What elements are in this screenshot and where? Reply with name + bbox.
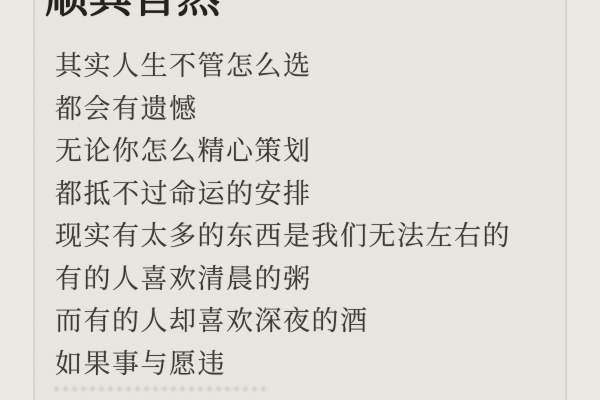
text-line: 都抵不过命运的安排 — [55, 173, 565, 216]
page-title: 顺其自然 — [45, 0, 221, 22]
text-line: 无论你怎么精心策划 — [55, 130, 565, 173]
left-margin-strip — [0, 0, 33, 400]
quote-page: 顺其自然 其实人生不管怎么选 都会有遗憾 无论你怎么精心策划 都抵不过命运的安排… — [0, 0, 600, 400]
text-line: 都会有遗憾 — [55, 88, 565, 131]
right-page-edge-line — [565, 0, 567, 400]
text-line: 其实人生不管怎么选 — [55, 45, 565, 88]
quote-text-block: 其实人生不管怎么选 都会有遗憾 无论你怎么精心策划 都抵不过命运的安排 现实有太… — [55, 45, 565, 385]
left-page-edge-line — [33, 0, 35, 400]
text-line: 有的人喜欢清晨的粥 — [55, 258, 565, 301]
text-line: 如果事与愿违 — [55, 343, 565, 386]
text-line: 现实有太多的东西是我们无法左右的 — [55, 215, 565, 258]
text-line: 而有的人却喜欢深夜的酒 — [55, 300, 565, 343]
compression-ghost-line — [55, 387, 270, 391]
right-margin-strip — [568, 0, 600, 400]
